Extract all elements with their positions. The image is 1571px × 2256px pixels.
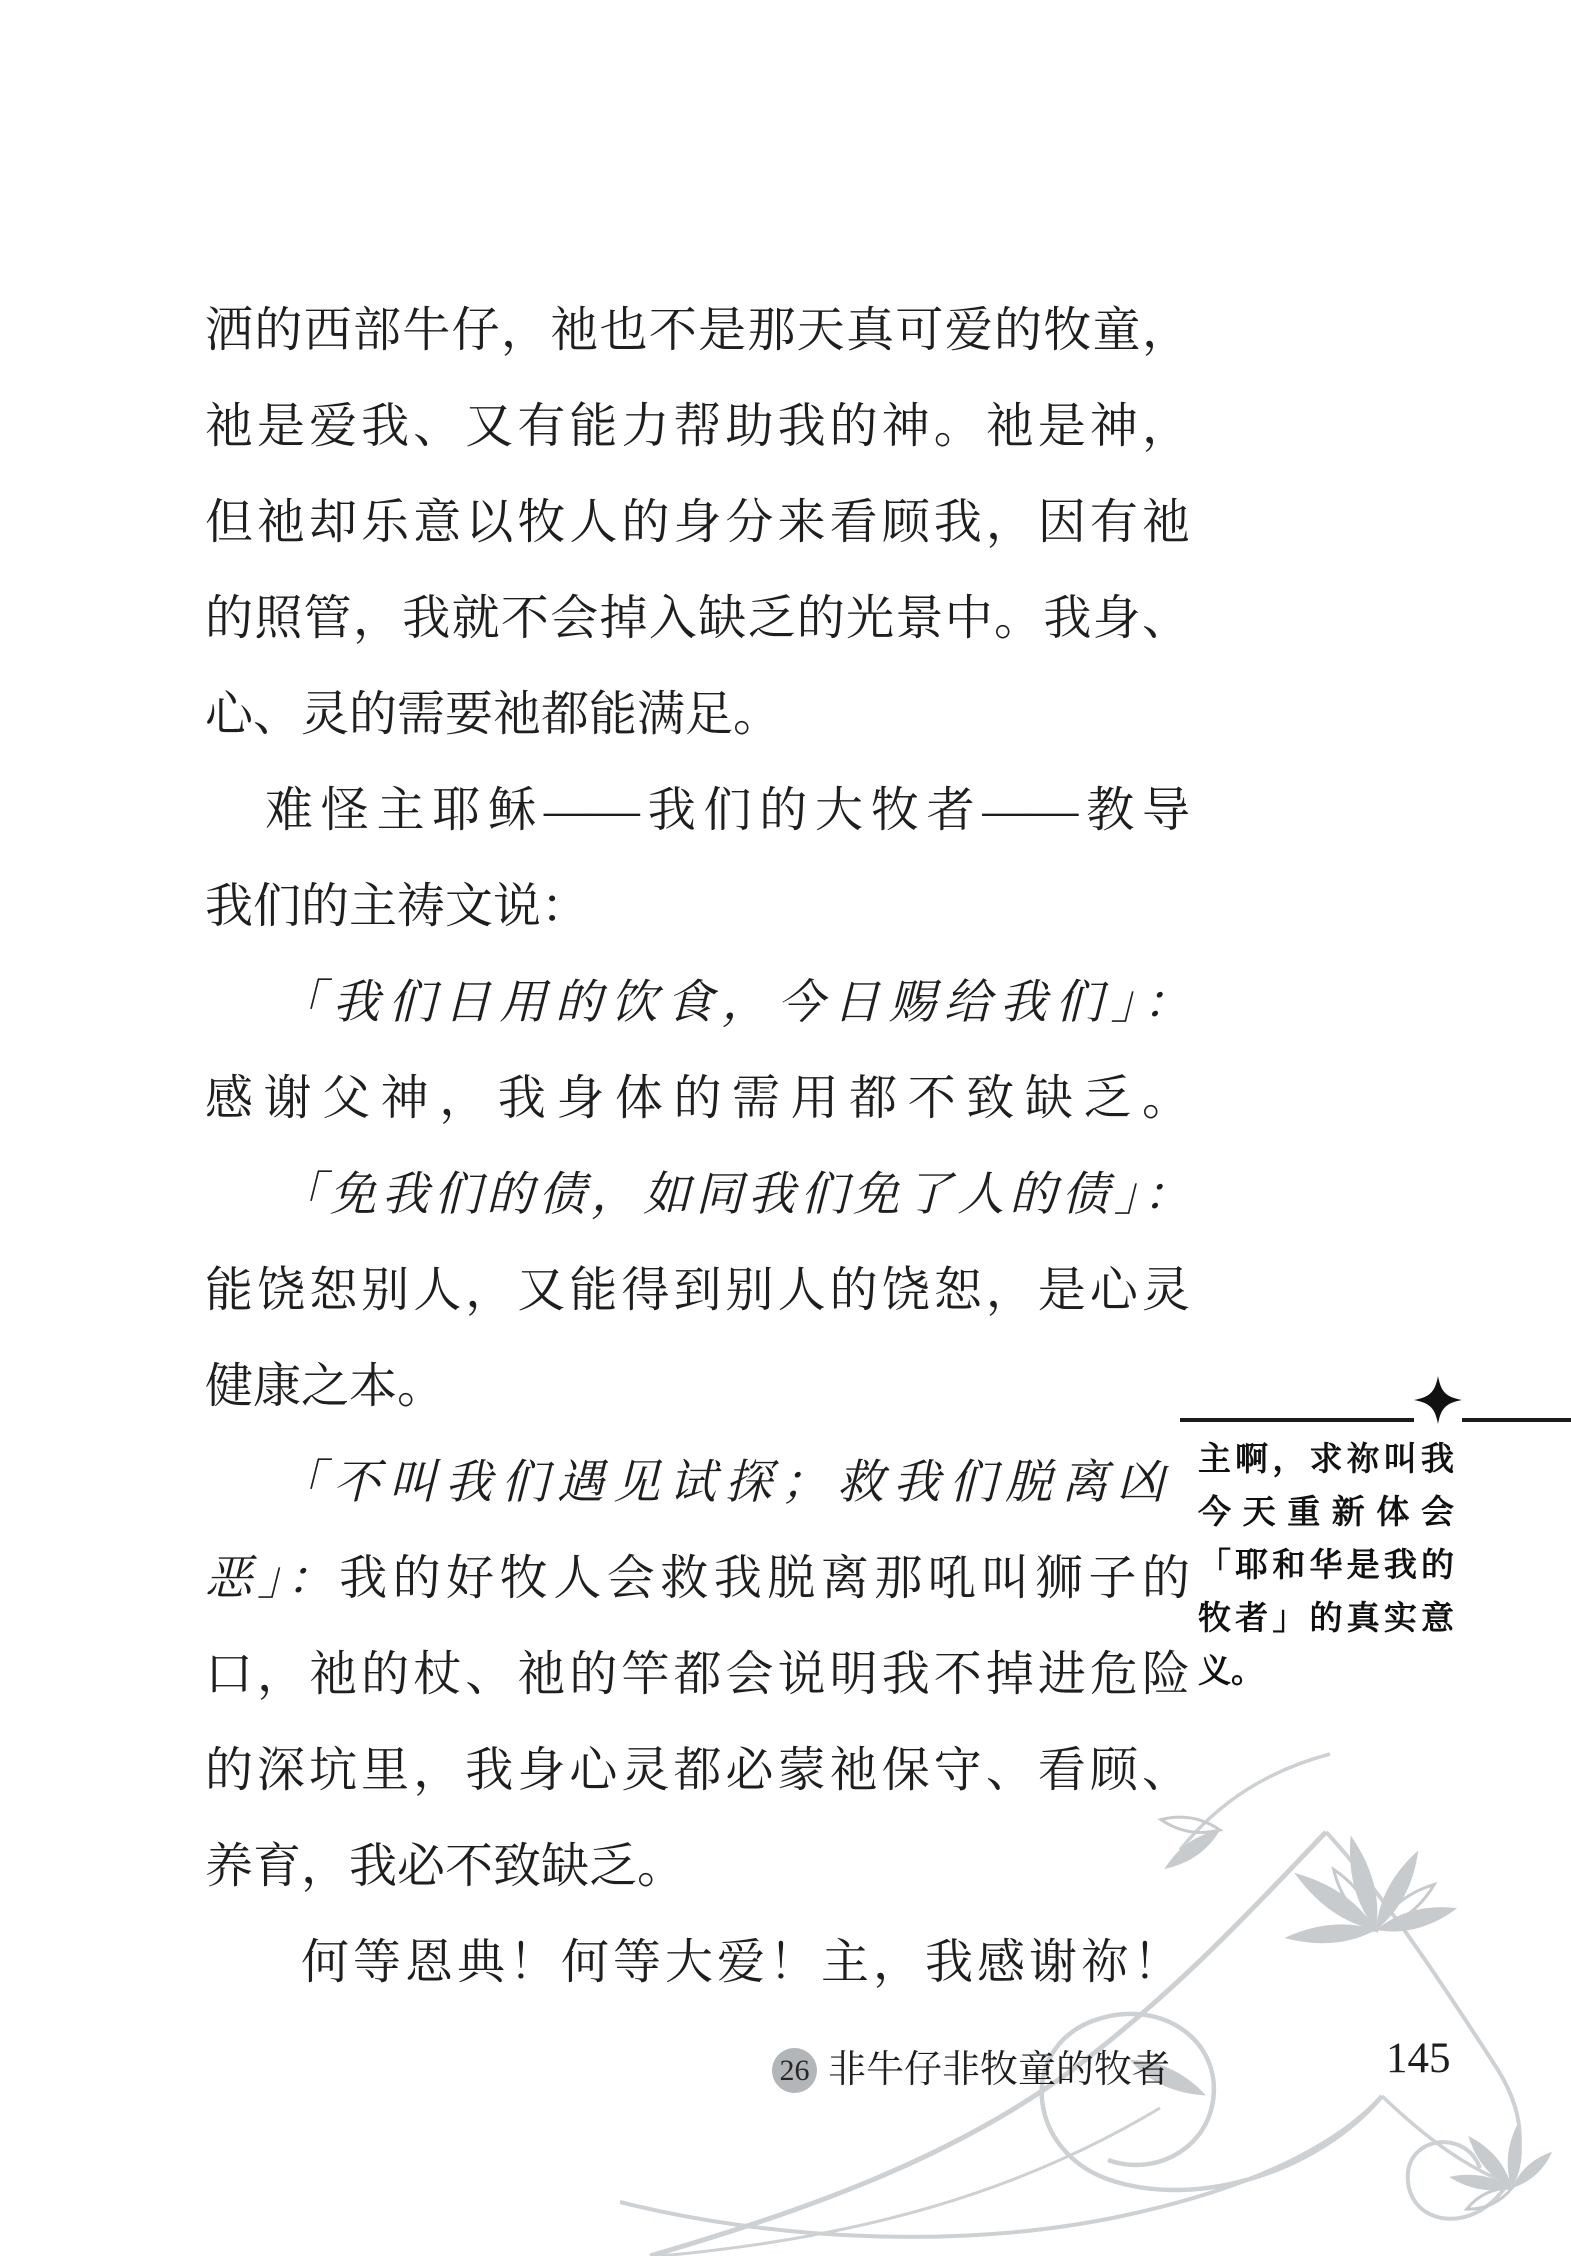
body-line: 能饶恕别人，又能得到别人的饶恕，是心灵 [205, 1243, 1190, 1339]
body-line: 感谢父神，我身体的需用都不致缺乏。 [205, 1051, 1190, 1147]
chapter-number: 26 [780, 2054, 810, 2087]
book-page: 洒的西部牛仔，祂也不是那天真可爱的牧童，祂是爱我、又有能力帮助我的神。祂是神，但… [0, 0, 1571, 2256]
body-line: 口，祂的杖、祂的竿都会说明我不掉进危险 [205, 1627, 1190, 1723]
body-line: 但祂却乐意以牧人的身分来看顾我，因有祂 [205, 475, 1190, 571]
body-line-segment: 我的好牧人会救我脱离那吼叫狮子的 [339, 1552, 1190, 1605]
body-line: 祂是爱我、又有能力帮助我的神。祂是神， [205, 379, 1190, 475]
main-text: 洒的西部牛仔，祂也不是那天真可爱的牧童，祂是爱我、又有能力帮助我的神。祂是神，但… [205, 283, 1190, 2011]
body-line: 「我们日用的饮食，今日赐给我们」： [205, 955, 1190, 1051]
body-line: 洒的西部牛仔，祂也不是那天真可爱的牧童， [205, 283, 1190, 379]
body-line: 的照管，我就不会掉入缺乏的光景中。我身、 [205, 571, 1190, 667]
four-pointed-star-icon [1414, 1376, 1462, 1424]
body-line: 恶」：我的好牧人会救我脱离那吼叫狮子的 [205, 1531, 1190, 1627]
body-line: 何等恩典！何等大爱！主，我感谢祢！ [205, 1915, 1190, 2011]
sidebar-note-line: 牧者」的真实意 [1198, 1591, 1454, 1644]
body-line: 心、灵的需要祂都能满足。 [205, 667, 1190, 763]
body-line: 「免我们的债，如同我们免了人的债」： [205, 1147, 1190, 1243]
page-number: 145 [1386, 2036, 1451, 2081]
chapter-title: 非牛仔非牧童的牧者 [828, 2048, 1170, 2093]
sidebar-note: 主啊，求祢叫我今天重新体会「耶和华是我的牧者」的真实意义。 [1198, 1432, 1454, 1697]
chapter-number-badge: 26 [772, 2048, 817, 2093]
sidebar-rule-left [1180, 1418, 1414, 1422]
body-line: 我们的主祷文说： [205, 859, 1190, 955]
body-line: 难怪主耶稣——我们的大牧者——教导 [205, 763, 1190, 859]
body-line: 健康之本。 [205, 1339, 1190, 1435]
sidebar-note-line: 义。 [1198, 1644, 1454, 1697]
body-line-segment: 恶」： [205, 1553, 339, 1605]
body-line: 「不叫我们遇见试探；救我们脱离凶 [205, 1435, 1190, 1531]
sidebar-note-line: 今天重新体会 [1198, 1485, 1454, 1538]
body-line: 养育，我必不致缺乏。 [205, 1819, 1190, 1915]
sidebar-rule-right [1462, 1418, 1571, 1422]
sidebar-note-line: 主啊，求祢叫我 [1198, 1432, 1454, 1485]
sidebar-note-line: 「耶和华是我的 [1198, 1538, 1454, 1591]
body-line: 的深坑里，我身心灵都必蒙祂保守、看顾、 [205, 1723, 1190, 1819]
